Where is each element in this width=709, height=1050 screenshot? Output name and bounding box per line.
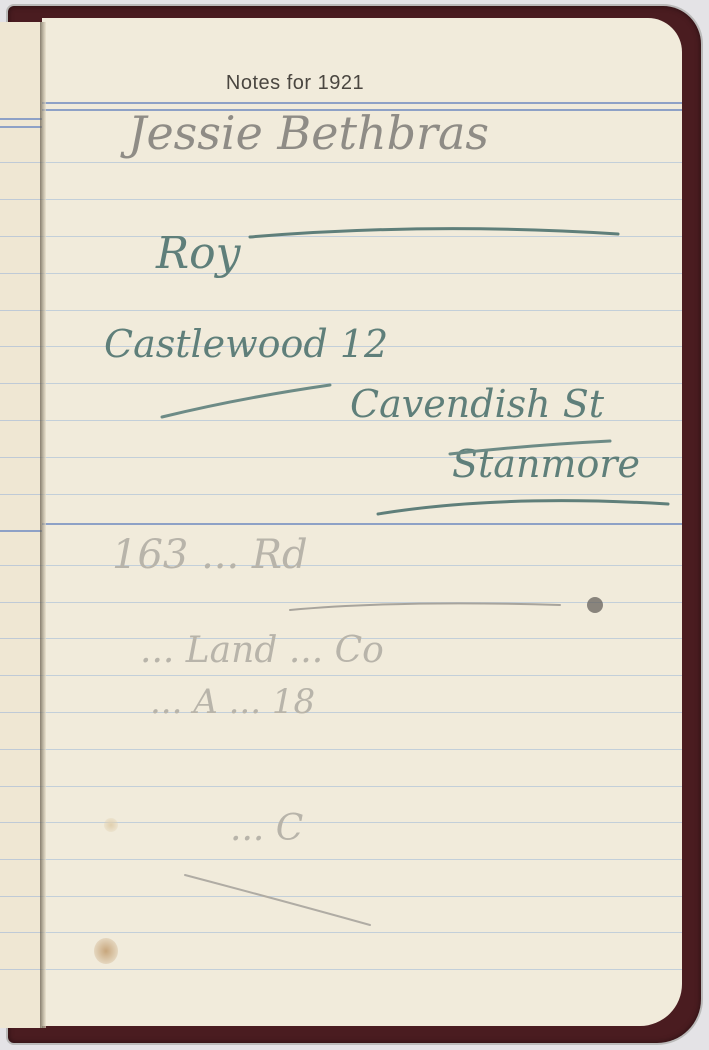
ink-underlines <box>0 0 709 1050</box>
